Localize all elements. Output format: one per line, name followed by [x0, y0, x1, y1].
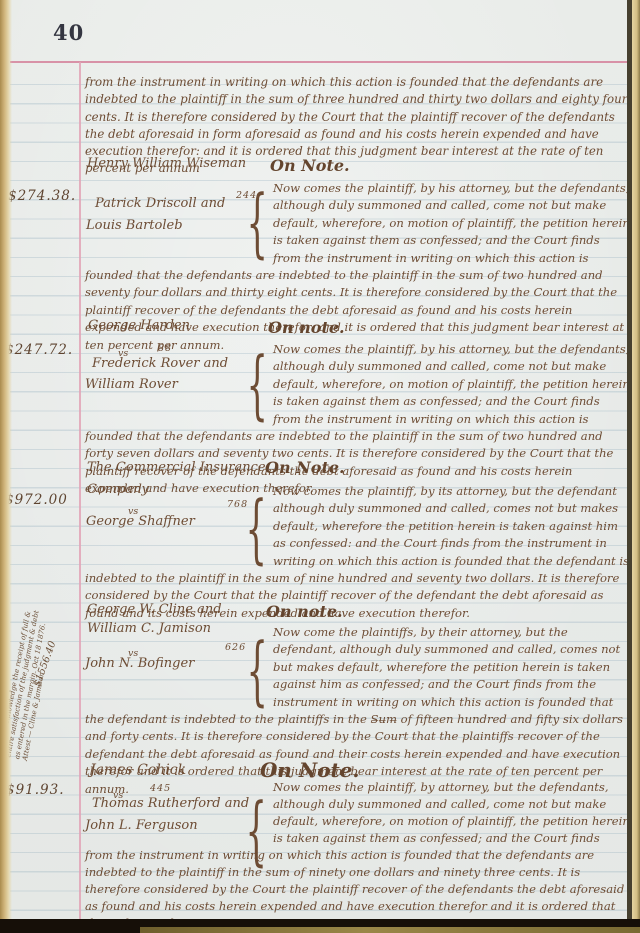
judgment-amount: $972.00	[5, 492, 68, 508]
plaintiff-name: The Commercial Insurance	[87, 460, 266, 475]
judgment-amount: $247.72.	[5, 342, 73, 358]
plaintiff-name: Henry William Wiseman	[87, 156, 246, 171]
plaintiff-name: George W. Cline and	[87, 602, 222, 617]
entry-heading: On note.	[266, 602, 343, 621]
plaintiff-name: George Harden	[88, 318, 190, 333]
book-bottom-pages-edge	[140, 927, 640, 933]
judgment-amount: $274.38.	[8, 188, 76, 204]
entry-heading: On note.	[268, 318, 345, 337]
indent-spacer	[85, 341, 273, 411]
book-binding-edge	[0, 0, 12, 933]
indent-spacer	[85, 180, 273, 250]
page-number: 40	[53, 20, 84, 45]
plaintiff-name: James Cohick	[90, 762, 186, 778]
adjacent-page-edge	[632, 0, 640, 933]
indent-spacer	[85, 779, 273, 831]
indent-spacer	[85, 624, 273, 694]
ledger-page: 40 from the instrument in writing on whi…	[0, 0, 640, 933]
indent-spacer	[85, 483, 273, 553]
margin-rule-vertical	[79, 62, 81, 919]
margin-rule-horizontal	[10, 61, 630, 63]
judgment-amount: $91.93.	[6, 782, 65, 798]
entry-heading: On Note.	[270, 156, 350, 175]
entry-body: Now comes the plaintiff, by attorney, bu…	[85, 779, 630, 932]
entry-heading: On Note.	[265, 458, 345, 477]
